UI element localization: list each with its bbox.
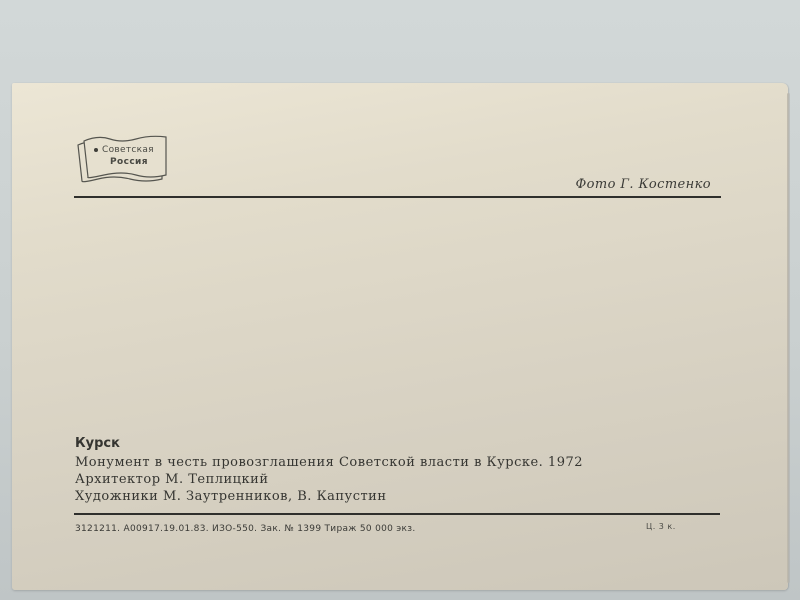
imprint-line: 3121211. А00917.19.01.83. ИЗО-550. Зак. … (75, 524, 416, 534)
price-label: Ц. 3 к. (646, 522, 676, 531)
bottom-divider (74, 513, 720, 515)
top-divider (74, 196, 721, 198)
photo-credit: Фото Г. Костенко (575, 177, 711, 192)
caption-block: Курск Монумент в честь провозглашения Со… (75, 435, 583, 505)
postcard-back: Советская Россия Фото Г. Костенко Курск … (12, 83, 788, 590)
publisher-logo: Советская Россия (74, 135, 170, 185)
caption-title: Монумент в честь провозглашения Советско… (75, 454, 583, 471)
logo-text-line1: Советская (102, 145, 154, 155)
logo-text-line2: Россия (110, 157, 148, 167)
caption-architect: Архитектор М. Теплицкий (75, 471, 583, 488)
caption-artists: Художники М. Заутренников, В. Капустин (75, 488, 583, 505)
caption-city: Курск (75, 435, 583, 453)
